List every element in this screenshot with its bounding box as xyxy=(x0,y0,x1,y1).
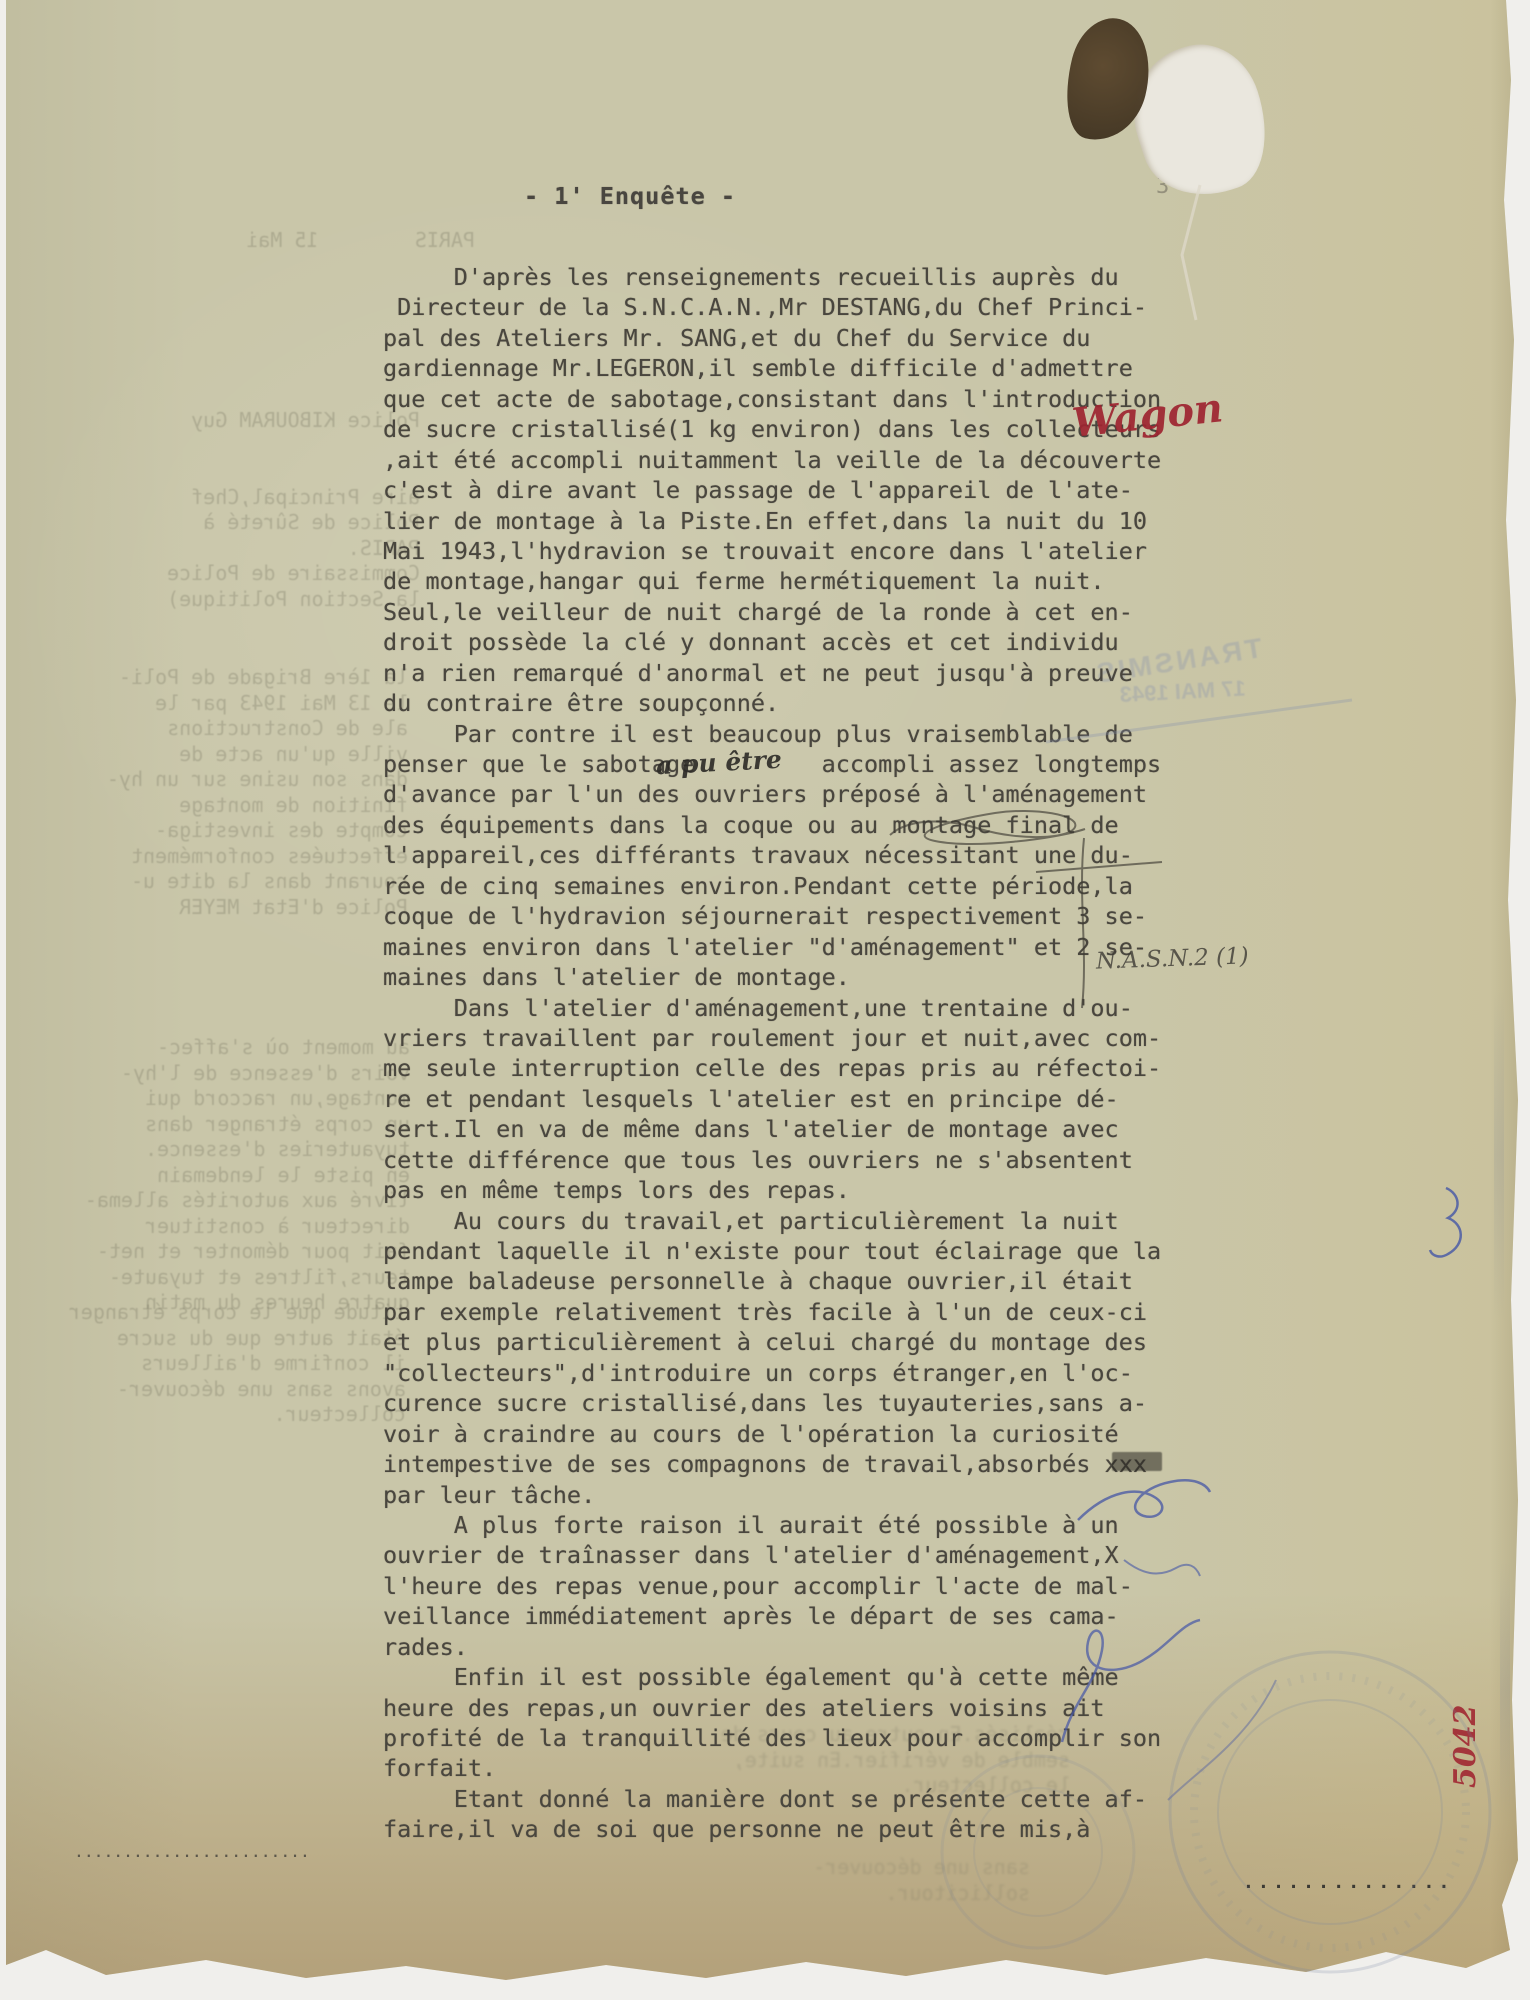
typed-line: vriers travaillent par roulement jour et… xyxy=(383,1023,1161,1053)
bleedthrough-ghost-line: avons sans une découver- xyxy=(46,1377,406,1403)
typed-line: et plus particulièrement à celui chargé … xyxy=(383,1327,1161,1357)
typed-line: D'après les renseignements recueillis au… xyxy=(383,262,1161,292)
bleedthrough-header: PARIS 15 Mai xyxy=(175,228,475,254)
typed-line: me seule interruption celle des repas pr… xyxy=(383,1053,1161,1083)
document-title: - 1' Enquête - xyxy=(524,182,736,210)
typed-line: Etant donné la manière dont se présente … xyxy=(383,1784,1161,1814)
typed-line: A plus forte raison il aurait été possib… xyxy=(383,1510,1161,1540)
typed-line: d'avance par l'un des ouvriers préposé à… xyxy=(383,779,1161,809)
bleedthrough-ghost-line: au moment où s'affec- xyxy=(50,1035,410,1061)
typed-line: forfait. xyxy=(383,1753,1161,1783)
bleedthrough-ghost-line: le 13 Mai 1943 par le xyxy=(58,691,408,717)
bleedthrough-ghost-line: montage,un raccord qui xyxy=(50,1086,410,1112)
bleedthrough-ghost-line xyxy=(70,434,420,460)
red-vertical-number: 5042 xyxy=(1448,1705,1483,1789)
typed-line: pas en même temps lors des repas. xyxy=(383,1175,1161,1205)
typed-line: faire,il va de soi que personne ne peut … xyxy=(383,1814,1161,1844)
xxx-strikeout-mark xyxy=(1112,1452,1162,1471)
typed-line: lier de montage à la Piste.En effet,dans… xyxy=(383,506,1161,536)
typed-line: n'a rien remarqué d'anormal et ne peut j… xyxy=(383,658,1161,688)
typed-line: Au cours du travail,et particulièrement … xyxy=(383,1206,1161,1236)
bleedthrough-ghost-line: dans son usine sur un hy- xyxy=(58,767,408,793)
typed-line: re et pendant lesquels l'atelier est en … xyxy=(383,1084,1161,1114)
bleedthrough-ghost-line: sans une découver- xyxy=(470,1855,1030,1881)
typed-line: veillance immédiatement après le départ … xyxy=(383,1601,1161,1631)
typed-line: par exemple relativement très facile à l… xyxy=(383,1297,1161,1327)
typed-line: par leur tâche. xyxy=(383,1480,1161,1510)
bleedthrough-ghost-line xyxy=(70,459,420,485)
bleedthrough-ghost-line: la 1ère Brigade de Poli- xyxy=(58,665,408,691)
bleedthrough-ghost-line: teurs,filtres et tuyaute- xyxy=(50,1265,410,1291)
bleedthrough-ghost-line: Police de Sûreté à xyxy=(70,510,420,536)
typed-line: curence sucre cristallisé,dans les tuyau… xyxy=(383,1388,1161,1418)
bleedthrough-ghost-line: livré aux autorités allema- xyxy=(50,1188,410,1214)
dotted-line-right: .............. xyxy=(1243,1872,1454,1893)
typed-line: ,ait été accompli nuitamment la veille d… xyxy=(383,445,1161,475)
typed-line: du contraire être soupçonné. xyxy=(383,688,1161,718)
typed-line: maines dans l'atelier de montage. xyxy=(383,962,1161,992)
bleedthrough-ghost-line: ville qu'un acte de xyxy=(58,742,408,768)
bleedthrough-block-3: au moment où s'affec-voirs d'essence de … xyxy=(50,1035,410,1316)
typed-line: l'heure des repas venue,pour accomplir l… xyxy=(383,1571,1161,1601)
typed-line: des équipements dans la coque ou au mont… xyxy=(383,810,1161,840)
typed-body: D'après les renseignements recueillis au… xyxy=(383,262,1161,1845)
bleedthrough-ghost-line: titude que le corps étranger xyxy=(46,1300,406,1326)
bleedthrough-ghost-line: tuyauteries d'essence. xyxy=(50,1137,410,1163)
bleedthrough-ghost-line: sollicitour. xyxy=(470,1881,1030,1907)
bleedthrough-ghost-line: la Section Politique) xyxy=(70,587,420,613)
typed-line: gardiennage Mr.LEGERON,il semble diffici… xyxy=(383,353,1161,383)
bleedthrough-ghost-line: ale de Constructions xyxy=(58,716,408,742)
typed-line: sert.Il en va de même dans l'atelier de … xyxy=(383,1114,1161,1144)
typed-line: c'est à dire avant le passage de l'appar… xyxy=(383,475,1161,505)
typed-line: intempestive de ses compagnons de travai… xyxy=(383,1449,1161,1479)
typed-line: rée de cinq semaines environ.Pendant cet… xyxy=(383,871,1161,901)
typed-line: pal des Ateliers Mr. SANG,et du Chef du … xyxy=(383,323,1161,353)
typed-line: pendant laquelle il n'existe pour tout é… xyxy=(383,1236,1161,1266)
typed-line: Seul,le veilleur de nuit chargé de la ro… xyxy=(383,597,1161,627)
typed-line: Directeur de la S.N.C.A.N.,Mr DESTANG,du… xyxy=(383,292,1161,322)
bleedthrough-ghost-line: PARIS 15 Mai xyxy=(175,228,475,254)
bleedthrough-ghost-line: finition de montage xyxy=(58,793,408,819)
bleedthrough-ghost-line: aire Principal,Chef xyxy=(70,485,420,511)
dotted-line-left: ........................ xyxy=(75,1846,311,1861)
typed-line: heure des repas,un ouvrier des ateliers … xyxy=(383,1693,1161,1723)
bleedthrough-ghost-line: était autre que du sucre xyxy=(46,1326,406,1352)
bleedthrough-ghost-line: un corps étranger dans xyxy=(50,1112,410,1138)
typed-line: coque de l'hydravion séjournerait respec… xyxy=(383,901,1161,931)
typed-line: voir à craindre au cours de l'opération … xyxy=(383,1419,1161,1449)
typed-line: rades. xyxy=(383,1632,1161,1662)
bleedthrough-ghost-line: effectuées conformément xyxy=(58,844,408,870)
bleedthrough-ghost-line: directeur à constituer xyxy=(50,1214,410,1240)
bleedthrough-ghost-line: Police KIBOURAM Guy xyxy=(70,408,420,434)
bleedthrough-ghost-line: Commissaire de Police xyxy=(70,561,420,587)
bleedthrough-block-6: sans une découver-sollicitour. xyxy=(470,1855,1030,1906)
right-margin-smudge xyxy=(1494,990,1504,1320)
typed-line: maines environ dans l'atelier "d'aménage… xyxy=(383,932,1161,962)
typed-line: cette différence que tous les ouvriers n… xyxy=(383,1145,1161,1175)
typed-line: lampe baladeuse personnelle à chaque ouv… xyxy=(383,1266,1161,1296)
bleedthrough-ghost-line: PARIS. xyxy=(70,536,420,562)
typed-line: ouvrier de traînasser dans l'atelier d'a… xyxy=(383,1540,1161,1570)
typed-line: droit possède la clé y donnant accès et … xyxy=(383,627,1161,657)
typed-line: que cet acte de sabotage,consistant dans… xyxy=(383,384,1161,414)
bleedthrough-ghost-line: Police d'Etat MEYER xyxy=(58,895,408,921)
bleedthrough-ghost-line: il confirme d'ailleurs xyxy=(46,1351,406,1377)
bleedthrough-ghost-line: fait pour démonter et net- xyxy=(50,1239,410,1265)
typed-line: l'appareil,ces différants travaux nécess… xyxy=(383,840,1161,870)
bleedthrough-ghost-line: compte des investiga- xyxy=(58,818,408,844)
right-margin-smudge xyxy=(1500,1560,1510,1820)
typed-line: de montage,hangar qui ferme hermétiqueme… xyxy=(383,566,1161,596)
typed-line: "collecteurs",d'introduire un corps étra… xyxy=(383,1358,1161,1388)
typed-line: Enfin il est possible également qu'à cet… xyxy=(383,1662,1161,1692)
typed-line: de sucre cristallisé(1 kg environ) dans … xyxy=(383,414,1161,444)
bleedthrough-block-4: titude que le corps étrangerétait autre … xyxy=(46,1300,406,1428)
bleedthrough-ghost-line: voirs d'essence de l'hy- xyxy=(50,1061,410,1087)
typed-line: Mai 1943,l'hydravion se trouvait encore … xyxy=(383,536,1161,566)
bleedthrough-ghost-line: collecteur. xyxy=(46,1402,406,1428)
bleedthrough-block-2: la 1ère Brigade de Poli-le 13 Mai 1943 p… xyxy=(58,665,408,920)
handwritten-margin-code: N.A.S.N.2 (1) xyxy=(1096,943,1249,974)
typed-line: profité de la tranquillité des lieux pou… xyxy=(383,1723,1161,1753)
bleedthrough-ghost-line: courant dans la dite u- xyxy=(58,869,408,895)
bleedthrough-block-1: Police KIBOURAM Guy aire Principal,ChefP… xyxy=(70,408,420,612)
bleedthrough-ghost-line: en piste le lendemain xyxy=(50,1163,410,1189)
typed-line: Dans l'atelier d'aménagement,une trentai… xyxy=(383,993,1161,1023)
scanned-document: PARIS 15 Mai Police KIBOURAM Guy aire Pr… xyxy=(0,0,1530,2000)
